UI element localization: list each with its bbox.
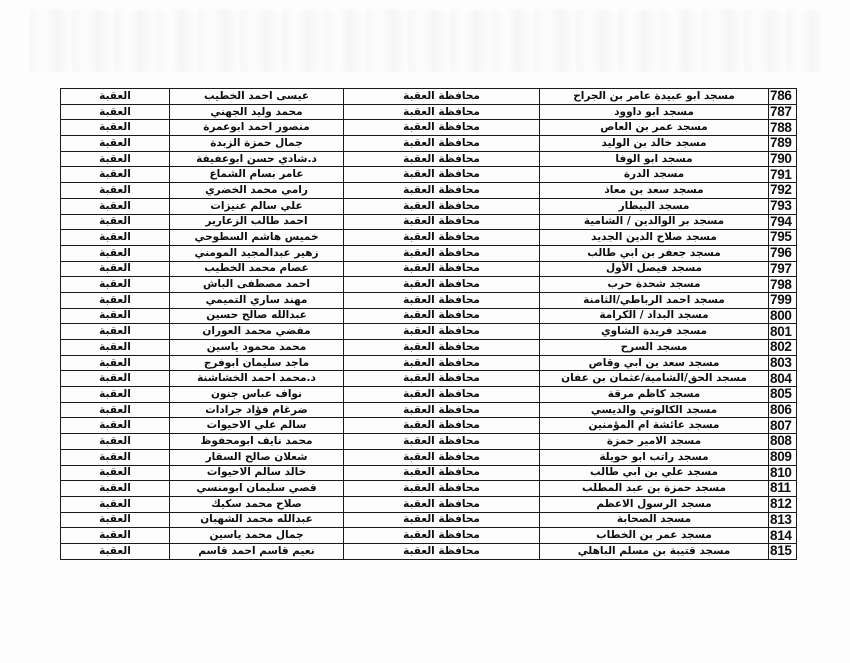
person-name-cell: نعيم قاسم احمد قاسم	[170, 543, 344, 559]
row-number-cell: 788	[769, 120, 797, 136]
row-number-cell: 795	[769, 230, 797, 246]
mosque-name-cell: مسجد الكالوتي والديسي	[540, 402, 769, 418]
table-row: 811 مسجد حمزة بن عبد المطلب محافظة العقب…	[61, 481, 797, 497]
row-number-cell: 808	[769, 434, 797, 450]
district-cell: العقبة	[61, 167, 170, 183]
person-name-cell: جمال محمد ياسين	[170, 528, 344, 544]
governorate-cell: محافظة العقبة	[344, 528, 540, 544]
district-cell: العقبة	[61, 120, 170, 136]
governorate-cell: محافظة العقبة	[344, 543, 540, 559]
governorate-cell: محافظة العقبة	[344, 387, 540, 403]
mosque-name-cell: مسجد قتيبة بن مسلم الباهلي	[540, 543, 769, 559]
scan-ghosting-artifact	[30, 10, 820, 72]
person-name-cell: عصام محمد الخطيب	[170, 261, 344, 277]
table-row: 798 مسجد شحدة حرب محافظة العقبة احمد مصط…	[61, 277, 797, 293]
district-cell: العقبة	[61, 89, 170, 105]
district-cell: العقبة	[61, 543, 170, 559]
district-cell: العقبة	[61, 481, 170, 497]
table-row: 814 مسجد عمر بن الخطاب محافظة العقبة جما…	[61, 528, 797, 544]
governorate-cell: محافظة العقبة	[344, 481, 540, 497]
governorate-cell: محافظة العقبة	[344, 434, 540, 450]
governorate-cell: محافظة العقبة	[344, 136, 540, 152]
table-row: 793 مسجد البيطار محافظة العقبة علي سالم …	[61, 198, 797, 214]
row-number-cell: 800	[769, 308, 797, 324]
district-cell: العقبة	[61, 136, 170, 152]
table-row: 802 مسجد السرح محافظة العقبة محمد محمود …	[61, 340, 797, 356]
table-row: 809 مسجد راتب ابو حويلة محافظة العقبة شع…	[61, 449, 797, 465]
table-row: 812 مسجد الرسول الاعظم محافظة العقبة صلا…	[61, 496, 797, 512]
table-row: 797 مسجد فيصل الأول محافظة العقبة عصام م…	[61, 261, 797, 277]
mosque-name-cell: مسجد ابو داوود	[540, 104, 769, 120]
row-number-cell: 810	[769, 465, 797, 481]
person-name-cell: جمال حمزة الزبدة	[170, 136, 344, 152]
table-row: 813 مسجد الصحابة محافظة العقبة عبدالله م…	[61, 512, 797, 528]
governorate-cell: محافظة العقبة	[344, 496, 540, 512]
person-name-cell: خالد سالم الاحيوات	[170, 465, 344, 481]
person-name-cell: د.محمد احمد الخشاشنة	[170, 371, 344, 387]
governorate-cell: محافظة العقبة	[344, 371, 540, 387]
person-name-cell: خميس هاشم السطوحي	[170, 230, 344, 246]
mosque-name-cell: مسجد فيصل الأول	[540, 261, 769, 277]
district-cell: العقبة	[61, 449, 170, 465]
row-number-cell: 794	[769, 214, 797, 230]
row-number-cell: 812	[769, 496, 797, 512]
table-row: 799 مسجد احمد الرباطي/الثامنة محافظة الع…	[61, 292, 797, 308]
governorate-cell: محافظة العقبة	[344, 230, 540, 246]
row-number-cell: 814	[769, 528, 797, 544]
district-cell: العقبة	[61, 402, 170, 418]
mosque-name-cell: مسجد البيطار	[540, 198, 769, 214]
governorate-cell: محافظة العقبة	[344, 292, 540, 308]
row-number-cell: 787	[769, 104, 797, 120]
row-number-cell: 815	[769, 543, 797, 559]
district-cell: العقبة	[61, 214, 170, 230]
mosque-name-cell: مسجد عمر بن العاص	[540, 120, 769, 136]
district-cell: العقبة	[61, 292, 170, 308]
governorate-cell: محافظة العقبة	[344, 355, 540, 371]
person-name-cell: عامر بسام الشماع	[170, 167, 344, 183]
table-row: 807 مسجد عائشة ام المؤمنين محافظة العقبة…	[61, 418, 797, 434]
row-number-cell: 798	[769, 277, 797, 293]
mosque-name-cell: مسجد شحدة حرب	[540, 277, 769, 293]
district-cell: العقبة	[61, 324, 170, 340]
mosque-name-cell: مسجد علي بن ابي طالب	[540, 465, 769, 481]
mosque-name-cell: مسجد فريدة الشاوي	[540, 324, 769, 340]
mosque-name-cell: مسجد سعد بن ابي وقاص	[540, 355, 769, 371]
mosque-name-cell: مسجد عائشة ام المؤمنين	[540, 418, 769, 434]
governorate-cell: محافظة العقبة	[344, 89, 540, 105]
governorate-cell: محافظة العقبة	[344, 340, 540, 356]
district-cell: العقبة	[61, 277, 170, 293]
person-name-cell: زهير عبدالمجيد المومني	[170, 245, 344, 261]
mosque-name-cell: مسجد الامير حمزة	[540, 434, 769, 450]
table-row: 790 مسجد ابو الوفا محافظة العقبة د.شادي …	[61, 151, 797, 167]
governorate-cell: محافظة العقبة	[344, 167, 540, 183]
table-row: 806 مسجد الكالوتي والديسي محافظة العقبة …	[61, 402, 797, 418]
governorate-cell: محافظة العقبة	[344, 418, 540, 434]
person-name-cell: منصور احمد ابوعمرة	[170, 120, 344, 136]
table-row: 792 مسجد سعد بن معاذ محافظة العقبة رامي …	[61, 183, 797, 199]
mosque-name-cell: مسجد خالد بن الوليد	[540, 136, 769, 152]
table-row: 800 مسجد البداد / الكرامة محافظة العقبة …	[61, 308, 797, 324]
person-name-cell: محمد نايف ابومحفوظ	[170, 434, 344, 450]
person-name-cell: نواف عباس جنون	[170, 387, 344, 403]
row-number-cell: 809	[769, 449, 797, 465]
row-number-cell: 789	[769, 136, 797, 152]
row-number-cell: 806	[769, 402, 797, 418]
table-row: 791 مسجد الدرة محافظة العقبة عامر بسام ا…	[61, 167, 797, 183]
person-name-cell: احمد طالب الزعارير	[170, 214, 344, 230]
table-row: 808 مسجد الامير حمزة محافظة العقبة محمد …	[61, 434, 797, 450]
person-name-cell: عبدالله صالح حسين	[170, 308, 344, 324]
mosque-name-cell: مسجد ابو الوفا	[540, 151, 769, 167]
table-row: 796 مسجد جعفر بن ابي طالب محافظة العقبة …	[61, 245, 797, 261]
governorate-cell: محافظة العقبة	[344, 198, 540, 214]
person-name-cell: عيسى احمد الخطيب	[170, 89, 344, 105]
district-cell: العقبة	[61, 340, 170, 356]
district-cell: العقبة	[61, 434, 170, 450]
row-number-cell: 791	[769, 167, 797, 183]
mosque-name-cell: مسجد راتب ابو حويلة	[540, 449, 769, 465]
governorate-cell: محافظة العقبة	[344, 465, 540, 481]
governorate-cell: محافظة العقبة	[344, 104, 540, 120]
person-name-cell: علي سالم عنيزات	[170, 198, 344, 214]
row-number-cell: 804	[769, 371, 797, 387]
governorate-cell: محافظة العقبة	[344, 449, 540, 465]
mosque-name-cell: مسجد بر الوالدين / الشامية	[540, 214, 769, 230]
person-name-cell: صلاح محمد سكيك	[170, 496, 344, 512]
governorate-cell: محافظة العقبة	[344, 402, 540, 418]
row-number-cell: 799	[769, 292, 797, 308]
person-name-cell: رامي محمد الخضري	[170, 183, 344, 199]
governorate-cell: محافظة العقبة	[344, 120, 540, 136]
district-cell: العقبة	[61, 245, 170, 261]
row-number-cell: 792	[769, 183, 797, 199]
mosque-name-cell: مسجد سعد بن معاذ	[540, 183, 769, 199]
person-name-cell: محمد وليد الجهني	[170, 104, 344, 120]
person-name-cell: قصي سليمان ابومنسي	[170, 481, 344, 497]
district-cell: العقبة	[61, 308, 170, 324]
district-cell: العقبة	[61, 418, 170, 434]
governorate-cell: محافظة العقبة	[344, 151, 540, 167]
mosque-name-cell: مسجد عمر بن الخطاب	[540, 528, 769, 544]
row-number-cell: 813	[769, 512, 797, 528]
district-cell: العقبة	[61, 198, 170, 214]
row-number-cell: 805	[769, 387, 797, 403]
mosque-name-cell: مسجد الرسول الاعظم	[540, 496, 769, 512]
table-row: 804 مسجد الحق/الشامية/عثمان بن عفان محاف…	[61, 371, 797, 387]
governorate-cell: محافظة العقبة	[344, 324, 540, 340]
mosque-name-cell: مسجد ابو عبيدة عامر بن الجراح	[540, 89, 769, 105]
district-cell: العقبة	[61, 104, 170, 120]
row-number-cell: 790	[769, 151, 797, 167]
table-row: 803 مسجد سعد بن ابي وقاص محافظة العقبة م…	[61, 355, 797, 371]
governorate-cell: محافظة العقبة	[344, 308, 540, 324]
district-cell: العقبة	[61, 355, 170, 371]
mosque-name-cell: مسجد الصحابة	[540, 512, 769, 528]
table-row: 815 مسجد قتيبة بن مسلم الباهلي محافظة ال…	[61, 543, 797, 559]
governorate-cell: محافظة العقبة	[344, 261, 540, 277]
district-cell: العقبة	[61, 183, 170, 199]
document-page: 786 مسجد ابو عبيدة عامر بن الجراح محافظة…	[0, 0, 850, 663]
district-cell: العقبة	[61, 496, 170, 512]
mosque-name-cell: مسجد جعفر بن ابي طالب	[540, 245, 769, 261]
row-number-cell: 801	[769, 324, 797, 340]
table-row: 795 مسجد صلاح الدين الجديد محافظة العقبة…	[61, 230, 797, 246]
person-name-cell: شعلان صالح السقار	[170, 449, 344, 465]
table-row: 794 مسجد بر الوالدين / الشامية محافظة ال…	[61, 214, 797, 230]
person-name-cell: ماجد سليمان ابوفرج	[170, 355, 344, 371]
district-cell: العقبة	[61, 261, 170, 277]
table-row: 801 مسجد فريدة الشاوي محافظة العقبة مفضي…	[61, 324, 797, 340]
table-row: 786 مسجد ابو عبيدة عامر بن الجراح محافظة…	[61, 89, 797, 105]
district-cell: العقبة	[61, 512, 170, 528]
governorate-cell: محافظة العقبة	[344, 277, 540, 293]
mosque-name-cell: مسجد صلاح الدين الجديد	[540, 230, 769, 246]
mosque-name-cell: مسجد الدرة	[540, 167, 769, 183]
district-cell: العقبة	[61, 151, 170, 167]
person-name-cell: عبدالله محمد الشهبان	[170, 512, 344, 528]
row-number-cell: 803	[769, 355, 797, 371]
table-body: 786 مسجد ابو عبيدة عامر بن الجراح محافظة…	[61, 89, 797, 560]
district-cell: العقبة	[61, 371, 170, 387]
row-number-cell: 793	[769, 198, 797, 214]
person-name-cell: محمد محمود ياسين	[170, 340, 344, 356]
row-number-cell: 802	[769, 340, 797, 356]
governorate-cell: محافظة العقبة	[344, 245, 540, 261]
table-row: 788 مسجد عمر بن العاص محافظة العقبة منصو…	[61, 120, 797, 136]
person-name-cell: د.شادي حسن ابوعفيفة	[170, 151, 344, 167]
table-row: 810 مسجد علي بن ابي طالب محافظة العقبة خ…	[61, 465, 797, 481]
district-cell: العقبة	[61, 230, 170, 246]
mosque-name-cell: مسجد حمزة بن عبد المطلب	[540, 481, 769, 497]
row-number-cell: 786	[769, 89, 797, 105]
table-row: 789 مسجد خالد بن الوليد محافظة العقبة جم…	[61, 136, 797, 152]
mosque-name-cell: مسجد السرح	[540, 340, 769, 356]
table-row: 787 مسجد ابو داوود محافظة العقبة محمد ول…	[61, 104, 797, 120]
governorate-cell: محافظة العقبة	[344, 512, 540, 528]
district-cell: العقبة	[61, 528, 170, 544]
person-name-cell: مفضي محمد العوران	[170, 324, 344, 340]
person-name-cell: سالم علي الاحيوات	[170, 418, 344, 434]
district-cell: العقبة	[61, 465, 170, 481]
district-cell: العقبة	[61, 387, 170, 403]
mosque-name-cell: مسجد الحق/الشامية/عثمان بن عفان	[540, 371, 769, 387]
person-name-cell: ضرغام فؤاد جرادات	[170, 402, 344, 418]
mosque-name-cell: مسجد احمد الرباطي/الثامنة	[540, 292, 769, 308]
mosque-list-table: 786 مسجد ابو عبيدة عامر بن الجراح محافظة…	[60, 88, 797, 560]
person-name-cell: احمد مصطفى الباش	[170, 277, 344, 293]
table-row: 805 مسجد كاظم مرقة محافظة العقبة نواف عب…	[61, 387, 797, 403]
row-number-cell: 796	[769, 245, 797, 261]
row-number-cell: 807	[769, 418, 797, 434]
mosque-name-cell: مسجد كاظم مرقة	[540, 387, 769, 403]
mosque-name-cell: مسجد البداد / الكرامة	[540, 308, 769, 324]
person-name-cell: مهند ساري التميمي	[170, 292, 344, 308]
row-number-cell: 797	[769, 261, 797, 277]
governorate-cell: محافظة العقبة	[344, 214, 540, 230]
governorate-cell: محافظة العقبة	[344, 183, 540, 199]
row-number-cell: 811	[769, 481, 797, 497]
